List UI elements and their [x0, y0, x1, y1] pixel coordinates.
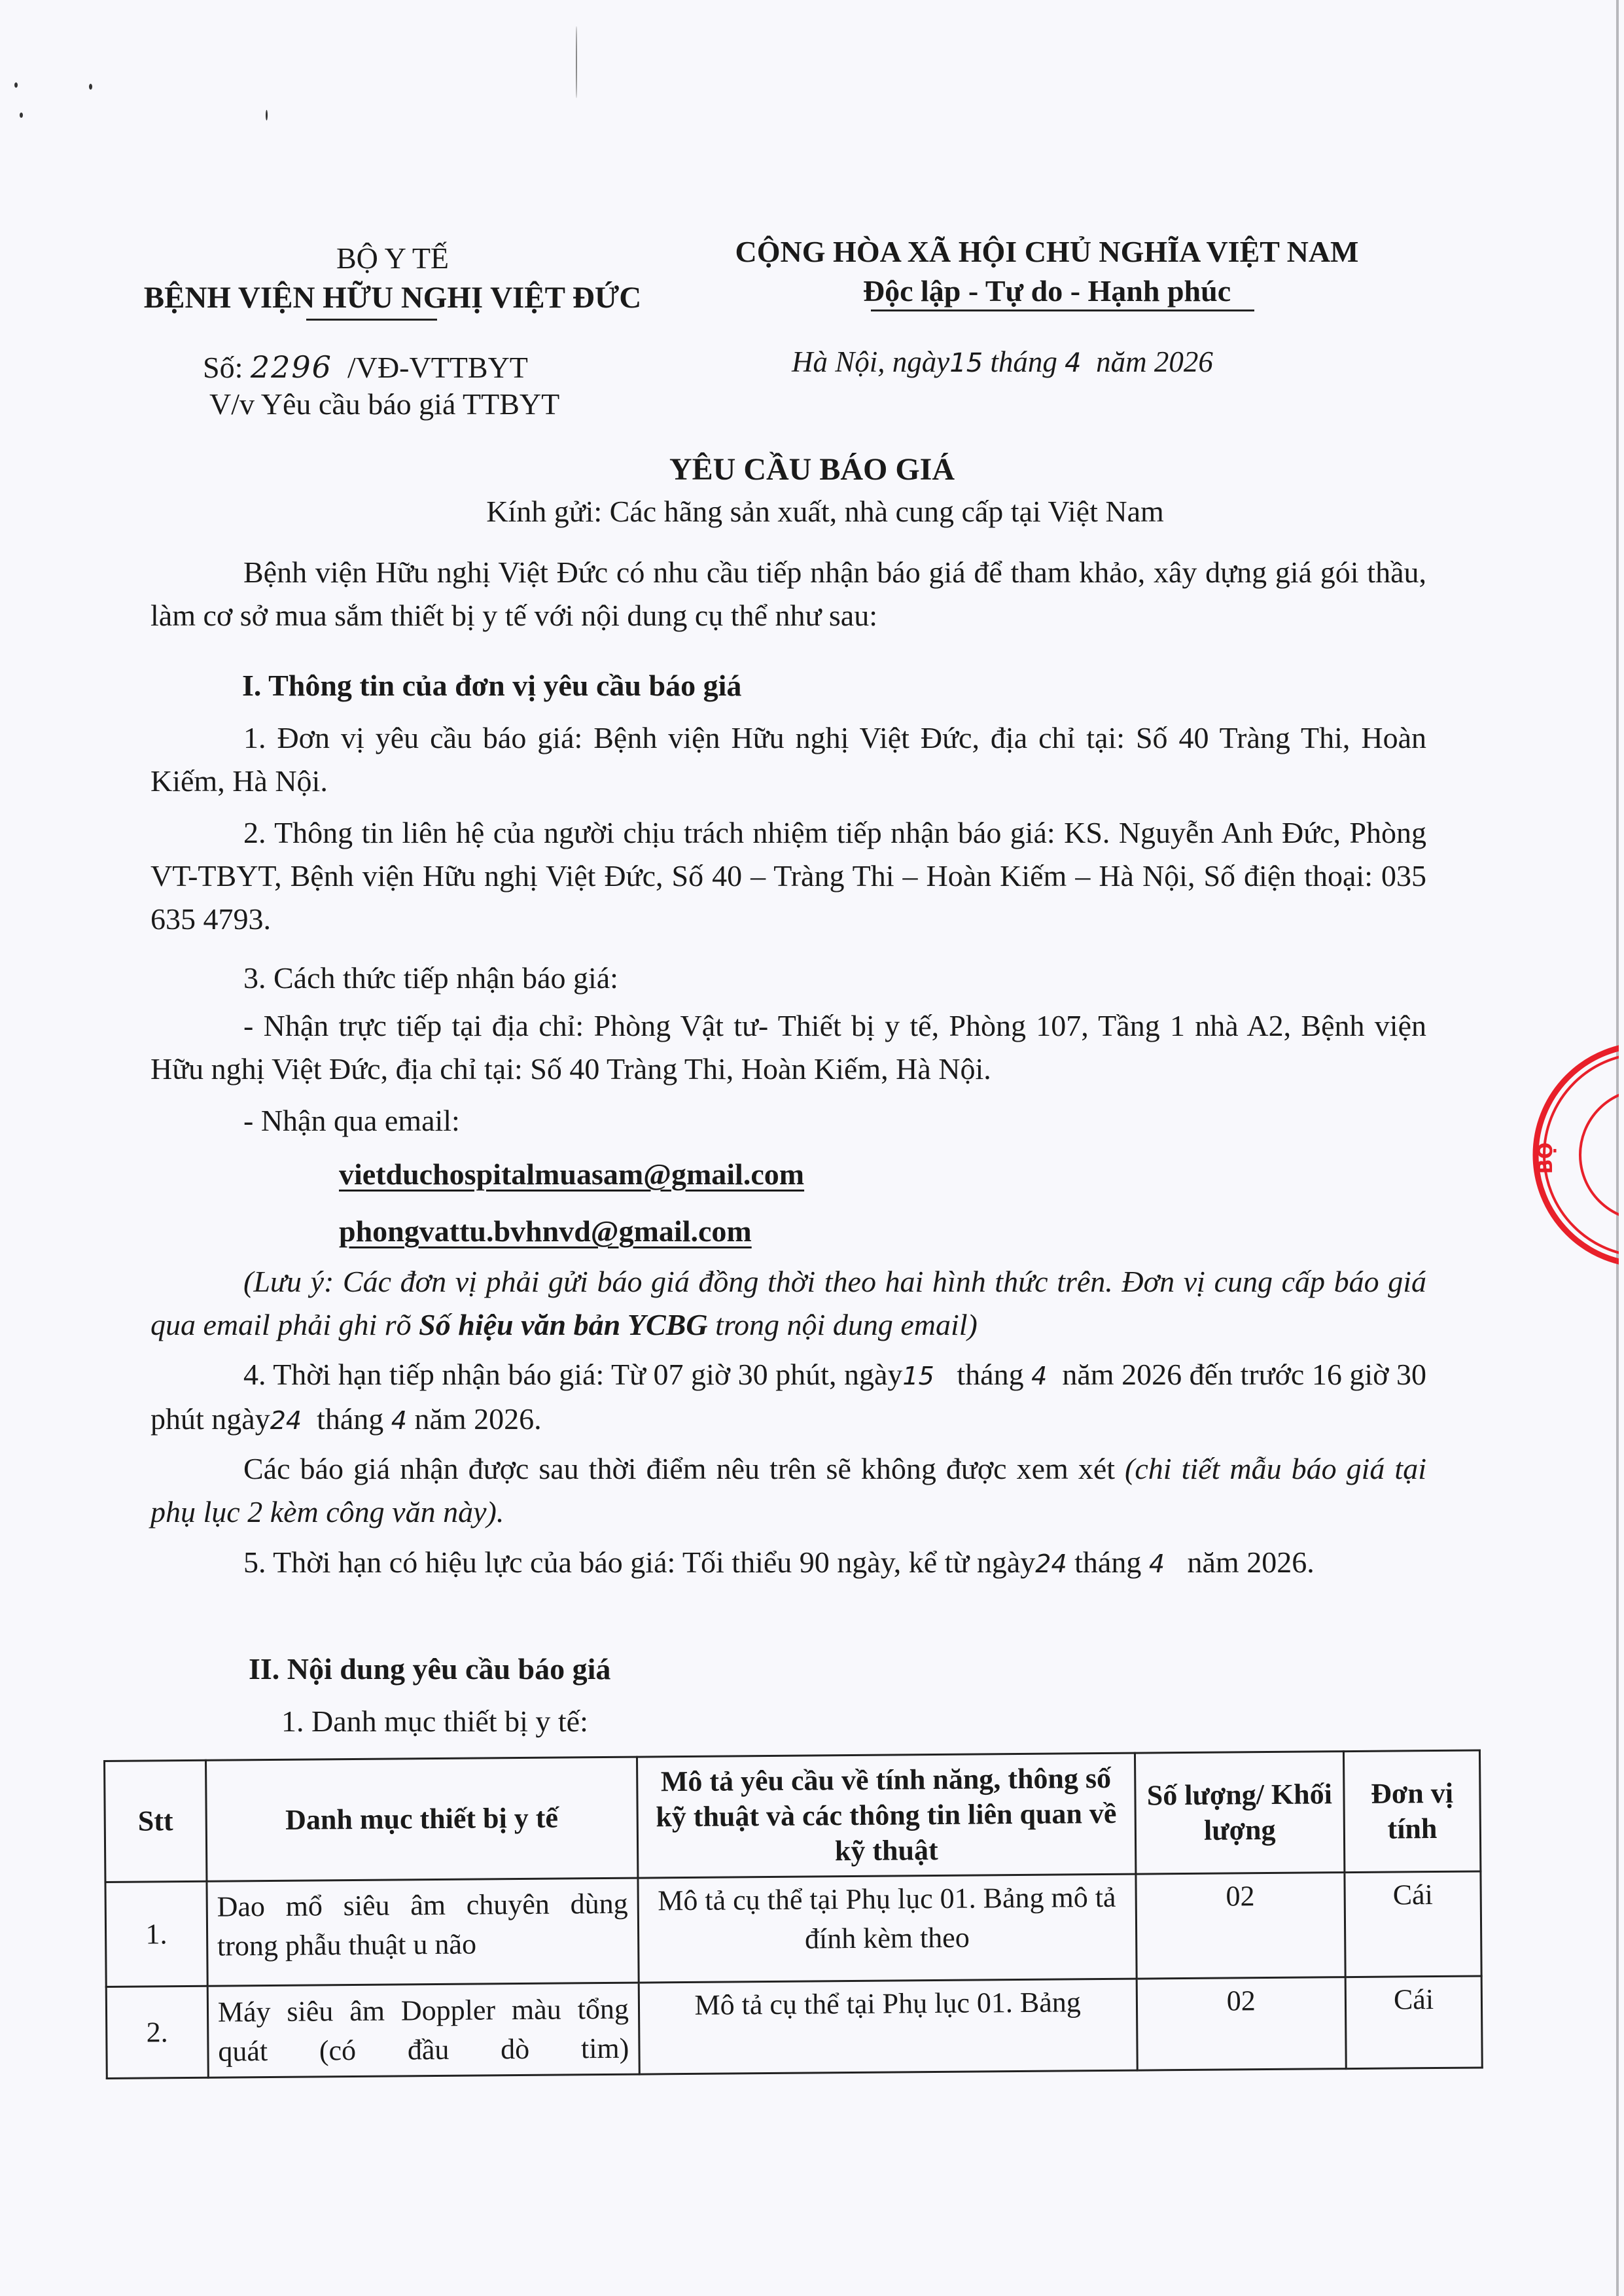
section-1-heading-text: I. Thông tin của đơn vị yêu cầu báo giá: [242, 669, 741, 702]
equipment-table: Stt Danh mục thiết bị y tế Mô tả yêu cầu…: [103, 1749, 1483, 2079]
direct-delivery-text: - Nhận trực tiếp tại địa chỉ: Phòng Vật …: [150, 1009, 1426, 1086]
scan-speck: [20, 113, 23, 118]
motto-underline: [871, 309, 1254, 311]
date-line: Hà Nội, ngày15 tháng 4 năm 2026: [792, 344, 1213, 381]
national-title-block: CỘNG HÒA XÃ HỘI CHỦ NGHĨA VIỆT NAM Độc l…: [687, 232, 1407, 311]
table-row: 1. Dao mổ siêu âm chuyên dùng trong phẫu…: [105, 1871, 1481, 1987]
scan-speck: [14, 82, 18, 88]
doc-number-label: Số:: [203, 351, 243, 384]
item-4-day-handwritten: 15: [902, 1362, 934, 1390]
section-1-item-2: 2. Thông tin liên hệ của người chịu trác…: [150, 811, 1426, 941]
row-equipment-name: Máy siêu âm Doppler màu tổng quát (có đầ…: [207, 1983, 639, 2077]
section-1-item-3: 3. Cách thức tiếp nhận báo giá:: [150, 957, 1426, 1000]
item-4-text-e: năm 2026.: [414, 1402, 541, 1436]
item-4-month2-handwritten: 4: [391, 1406, 407, 1435]
scan-speck: [89, 84, 92, 90]
email-link-2[interactable]: phongvattu.bvhnvd@gmail.com: [339, 1214, 752, 1248]
header-unit: Đơn vị tính: [1344, 1750, 1481, 1873]
section-1-item-4: 4. Thời hạn tiếp nhận báo giá: Từ 07 giờ…: [150, 1353, 1426, 1442]
ministry-name: BỘ Y TẾ: [111, 239, 674, 278]
item-3-text: 3. Cách thức tiếp nhận báo giá:: [243, 961, 618, 995]
document-number: Số: 2296 /VĐ-VTTBYT: [203, 349, 528, 386]
section-2-sub-1: 1. Danh mục thiết bị y tế:: [150, 1700, 1426, 1743]
official-seal-stamp: BỘ: [1531, 1034, 1624, 1276]
section-2-heading: II. Nội dung yêu cầu báo giá: [150, 1648, 1426, 1691]
item-1-text: 1. Đơn vị yêu cầu báo giá: Bệnh viện Hữu…: [150, 721, 1426, 798]
email-link-1[interactable]: vietduchospitalmuasam@gmail.com: [339, 1157, 804, 1192]
section-1-item-3-direct: - Nhận trực tiếp tại địa chỉ: Phòng Vật …: [150, 1004, 1426, 1091]
row-quantity: 02: [1137, 1977, 1347, 2071]
item-4-text-a: 4. Thời hạn tiếp nhận báo giá: Từ 07 giờ…: [243, 1358, 902, 1391]
item-5-day-handwritten: 24: [1035, 1549, 1067, 1578]
note-paragraph: (Lưu ý: Các đơn vị phải gửi báo giá đồng…: [150, 1260, 1426, 1347]
header-quantity: Số lượng/ Khối lượng: [1135, 1752, 1345, 1875]
recipient-line: Kính gửi: Các hãng sản xuất, nhà cung cấ…: [0, 494, 1624, 529]
document-title: YÊU CẦU BÁO GIÁ: [0, 451, 1624, 487]
header-stt: Stt: [105, 1760, 207, 1882]
row-stt: 2.: [106, 1986, 208, 2078]
item-4-text-b: tháng: [957, 1358, 1023, 1391]
doc-number-handwritten: 2296: [251, 349, 332, 385]
intro-text: Bệnh viện Hữu nghị Việt Đức có nhu cầu t…: [150, 556, 1426, 632]
date-year: năm 2026: [1096, 345, 1213, 378]
row-name-text: Máy siêu âm Doppler màu tổng quát (có đầ…: [218, 1989, 629, 2071]
republic-name: CỘNG HÒA XÃ HỘI CHỦ NGHĨA VIỆT NAM: [687, 232, 1407, 272]
item-2-text: 2. Thông tin liên hệ của người chịu trác…: [150, 816, 1426, 936]
row-name-text: Dao mổ siêu âm chuyên dùng trong phẫu th…: [217, 1884, 628, 1980]
item-4-text-d: tháng: [317, 1402, 383, 1436]
row-description: Mô tả cụ thể tại Phụ lục 01. Bảng mô tả …: [638, 1874, 1137, 1983]
item-5-text-a: 5. Thời hạn có hiệu lực của báo giá: Tối…: [243, 1545, 1035, 1579]
item-5-text-b: tháng: [1074, 1545, 1141, 1579]
national-motto: Độc lập - Tự do - Hạnh phúc: [687, 272, 1407, 311]
date-month-handwritten: 4: [1065, 348, 1081, 378]
row-stt: 1.: [105, 1881, 207, 1987]
header-description: Mô tả yêu cầu về tính năng, thông số kỹ …: [637, 1753, 1135, 1878]
svg-text:BỘ: BỘ: [1533, 1142, 1557, 1174]
late-submission-paragraph: Các báo giá nhận được sau thời điểm nêu …: [150, 1447, 1426, 1534]
header-equipment-name: Danh mục thiết bị y tế: [205, 1757, 637, 1881]
item-4-month-handwritten: 4: [1031, 1362, 1047, 1390]
page-margin-right: [1619, 0, 1624, 2296]
table-row: 2. Máy siêu âm Doppler màu tổng quát (có…: [106, 1976, 1482, 2079]
row-equipment-name: Dao mổ siêu âm chuyên dùng trong phẫu th…: [207, 1878, 639, 1986]
hospital-name: BỆNH VIỆN HỮU NGHỊ VIỆT ĐỨC: [111, 278, 674, 317]
item-5-text-c: năm 2026.: [1188, 1545, 1315, 1579]
section-2-heading-text: II. Nội dung yêu cầu báo giá: [249, 1652, 610, 1686]
date-month-label: tháng: [990, 345, 1057, 378]
scan-speck: [266, 110, 268, 120]
doc-number-suffix: /VĐ-VTTBYT: [347, 351, 528, 384]
issuer-block: BỘ Y TẾ BỆNH VIỆN HỮU NGHỊ VIỆT ĐỨC: [111, 239, 674, 317]
note-text-bold: Số hiệu văn bản YCBG: [419, 1308, 707, 1341]
intro-paragraph: Bệnh viện Hữu nghị Việt Đức có nhu cầu t…: [150, 551, 1426, 637]
late-text: Các báo giá nhận được sau thời điểm nêu …: [243, 1452, 1125, 1485]
row-description: Mô tả cụ thể tại Phụ lục 01. Bảng: [639, 1979, 1137, 2074]
section-2-sub-1-text: 1. Danh mục thiết bị y tế:: [281, 1704, 588, 1738]
issuer-underline: [306, 319, 437, 321]
note-text-2: trong nội dung email): [708, 1308, 978, 1341]
item-5-month-handwritten: 4: [1149, 1549, 1165, 1578]
item-4-day2-handwritten: 24: [270, 1406, 302, 1435]
row-quantity: 02: [1135, 1873, 1345, 1979]
row-unit: Cái: [1345, 1976, 1482, 2069]
email-label: - Nhận qua email:: [243, 1104, 460, 1137]
document-subject: V/v Yêu cầu báo giá TTBYT: [209, 386, 559, 423]
table-header-row: Stt Danh mục thiết bị y tế Mô tả yêu cầu…: [105, 1750, 1481, 1882]
row-unit: Cái: [1345, 1871, 1481, 1977]
section-1-heading: I. Thông tin của đơn vị yêu cầu báo giá: [150, 664, 1426, 707]
date-day-handwritten: 15: [949, 348, 983, 378]
scan-speck: [576, 26, 577, 98]
section-1-item-5: 5. Thời hạn có hiệu lực của báo giá: Tối…: [150, 1541, 1426, 1585]
section-1-item-1: 1. Đơn vị yêu cầu báo giá: Bệnh viện Hữu…: [150, 716, 1426, 803]
section-1-item-3-email: - Nhận qua email:: [150, 1099, 1426, 1142]
date-prefix: Hà Nội, ngày: [792, 345, 949, 378]
